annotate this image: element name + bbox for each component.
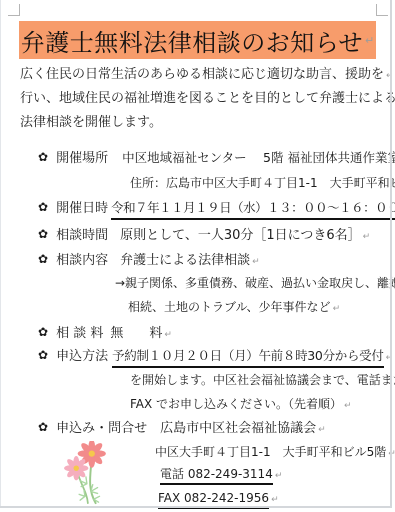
- flower-bullet-icon: ✿: [38, 348, 48, 362]
- datetime-value: 令和７年１１月１９日（水）１３：００～１６：００: [111, 200, 395, 220]
- paragraph-mark-icon: ↵: [164, 330, 172, 340]
- consultation-time-value: 原則として、一人30分［1日につき6名］: [120, 228, 361, 244]
- consultation-content-detail-1: →親子関係、多重債務、破産、過払い金取戻し、離婚、↵: [115, 275, 395, 293]
- contact-label: 申込み・問合せ: [56, 421, 147, 437]
- contact-address-row: 中区大手町４丁目1-1 大手町平和ビル5階↵: [155, 444, 395, 462]
- paragraph-mark-icon: ↵: [271, 495, 279, 505]
- apply-method-value: 予約制１０月２０日（月）午前８時30分から受付: [112, 348, 384, 368]
- datetime-row: ✿開催日時令和７年１１月１９日（水）１３：００～１６：００↵: [38, 199, 395, 220]
- page-title: 弁護士無料法律相談のお知らせ: [21, 23, 363, 58]
- venue-address: 住所：広島市中区大手町４丁目1-1 大手町平和ビル5階: [130, 176, 395, 190]
- margin-crop-mark-top-right-icon: [376, 4, 388, 16]
- apply-method-label: 申込方法: [56, 349, 108, 365]
- margin-crop-mark-top-left-icon: [8, 4, 20, 16]
- intro-text: 法律相談を開催します。: [20, 115, 162, 130]
- venue-row: ✿開催場所中区地域福祉センター 5階 福祉団体共通作業室↵: [38, 149, 395, 168]
- paragraph-mark-icon: ↵: [344, 401, 352, 411]
- page-edge-left: [0, 0, 1, 506]
- flower-bullet-icon: ✿: [38, 200, 48, 214]
- notice-document-page: 弁護士無料法律相談のお知らせ ↵ 広く住民の日常生活のあらゆる相談に応じ適切な助…: [0, 0, 395, 512]
- fee-row: ✿相 談 料無 料↵: [38, 324, 172, 343]
- consultation-content-value: 弁護士による法律相談: [120, 253, 250, 269]
- contact-address: 中区大手町４丁目1-1 大手町平和ビル5階: [155, 445, 386, 459]
- apply-method-row: ✿申込方法予約制１０月２０日（月）午前８時30分から受付↵: [38, 347, 393, 368]
- venue-label: 開催場所: [56, 151, 108, 167]
- fee-value: 無 料: [110, 326, 162, 342]
- contact-org-name: 広島市中区社会福祉協議会: [160, 421, 316, 437]
- venue-address-row: 住所：広島市中区大手町４丁目1-1 大手町平和ビル5階↵: [130, 175, 395, 193]
- apply-detail-text: を開始します。中区社会福祉協議会まで、電話または: [130, 373, 395, 387]
- apply-method-detail-2: FAX でお申し込みください。（先着順）↵: [130, 396, 352, 414]
- consultation-time-row: ✿相談時間原則として、一人30分［1日につき6名］↵: [38, 226, 370, 245]
- contact-phone-row: 電話 082-249-3114↵: [160, 466, 282, 484]
- paragraph-mark-icon: ↵: [365, 34, 374, 47]
- flower-bullet-icon: ✿: [38, 150, 48, 164]
- paragraph-mark-icon: ↵: [363, 232, 371, 242]
- intro-text: 行い、地域住民の福祉増進を図ることを目的として弁護士による: [20, 91, 395, 106]
- paragraph-mark-icon: ↵: [275, 471, 283, 481]
- flower-bullet-icon: ✿: [38, 420, 48, 434]
- intro-line-1: 広く住民の日常生活のあらゆる相談に応じ適切な助言、援助を↵: [20, 67, 394, 84]
- datetime-label: 開催日時: [56, 201, 108, 217]
- title-banner: 弁護士無料法律相談のお知らせ ↵: [19, 21, 376, 59]
- intro-line-3: 法律相談を開催します。: [20, 115, 162, 131]
- venue-value: 中区地域福祉センター 5階 福祉団体共通作業室: [122, 150, 395, 166]
- consultation-content-row: ✿相談内容弁護士による法律相談↵: [38, 251, 260, 270]
- apply-detail-text: FAX でお申し込みください。（先着順）: [130, 397, 342, 411]
- paragraph-mark-icon: ↵: [318, 425, 326, 435]
- page-edge-bottom: [0, 506, 392, 508]
- intro-line-2: 行い、地域住民の福祉増進を図ることを目的として弁護士による↵: [20, 91, 395, 108]
- flower-bullet-icon: ✿: [38, 252, 48, 266]
- apply-method-detail-1: を開始します。中区社会福祉協議会まで、電話または↵: [130, 372, 395, 390]
- flower-bullet-icon: ✿: [38, 325, 48, 339]
- paragraph-mark-icon: ↵: [252, 257, 260, 267]
- intro-text: 広く住民の日常生活のあらゆる相談に応じ適切な助言、援助を: [20, 67, 384, 82]
- flower-bullet-icon: ✿: [38, 227, 48, 241]
- consultation-time-label: 相談時間: [56, 228, 108, 244]
- consultation-content-label: 相談内容: [56, 253, 108, 269]
- cosmos-flowers-clipart: [58, 441, 110, 507]
- content-detail-text: 相続、土地のトラブル、少年事件など: [128, 300, 331, 314]
- contact-phone: 電話 082-249-3114: [160, 467, 273, 485]
- contact-row: ✿申込み・問合せ広島市中区社会福祉協議会↵: [38, 419, 326, 438]
- paragraph-mark-icon: ↵: [333, 304, 341, 314]
- content-detail-text: →親子関係、多重債務、破産、過払い金取戻し、離婚、: [115, 276, 395, 290]
- consultation-content-detail-2: 相続、土地のトラブル、少年事件など↵: [128, 299, 340, 317]
- page-edge-right: [390, 0, 392, 508]
- fee-label: 相 談 料: [56, 326, 103, 342]
